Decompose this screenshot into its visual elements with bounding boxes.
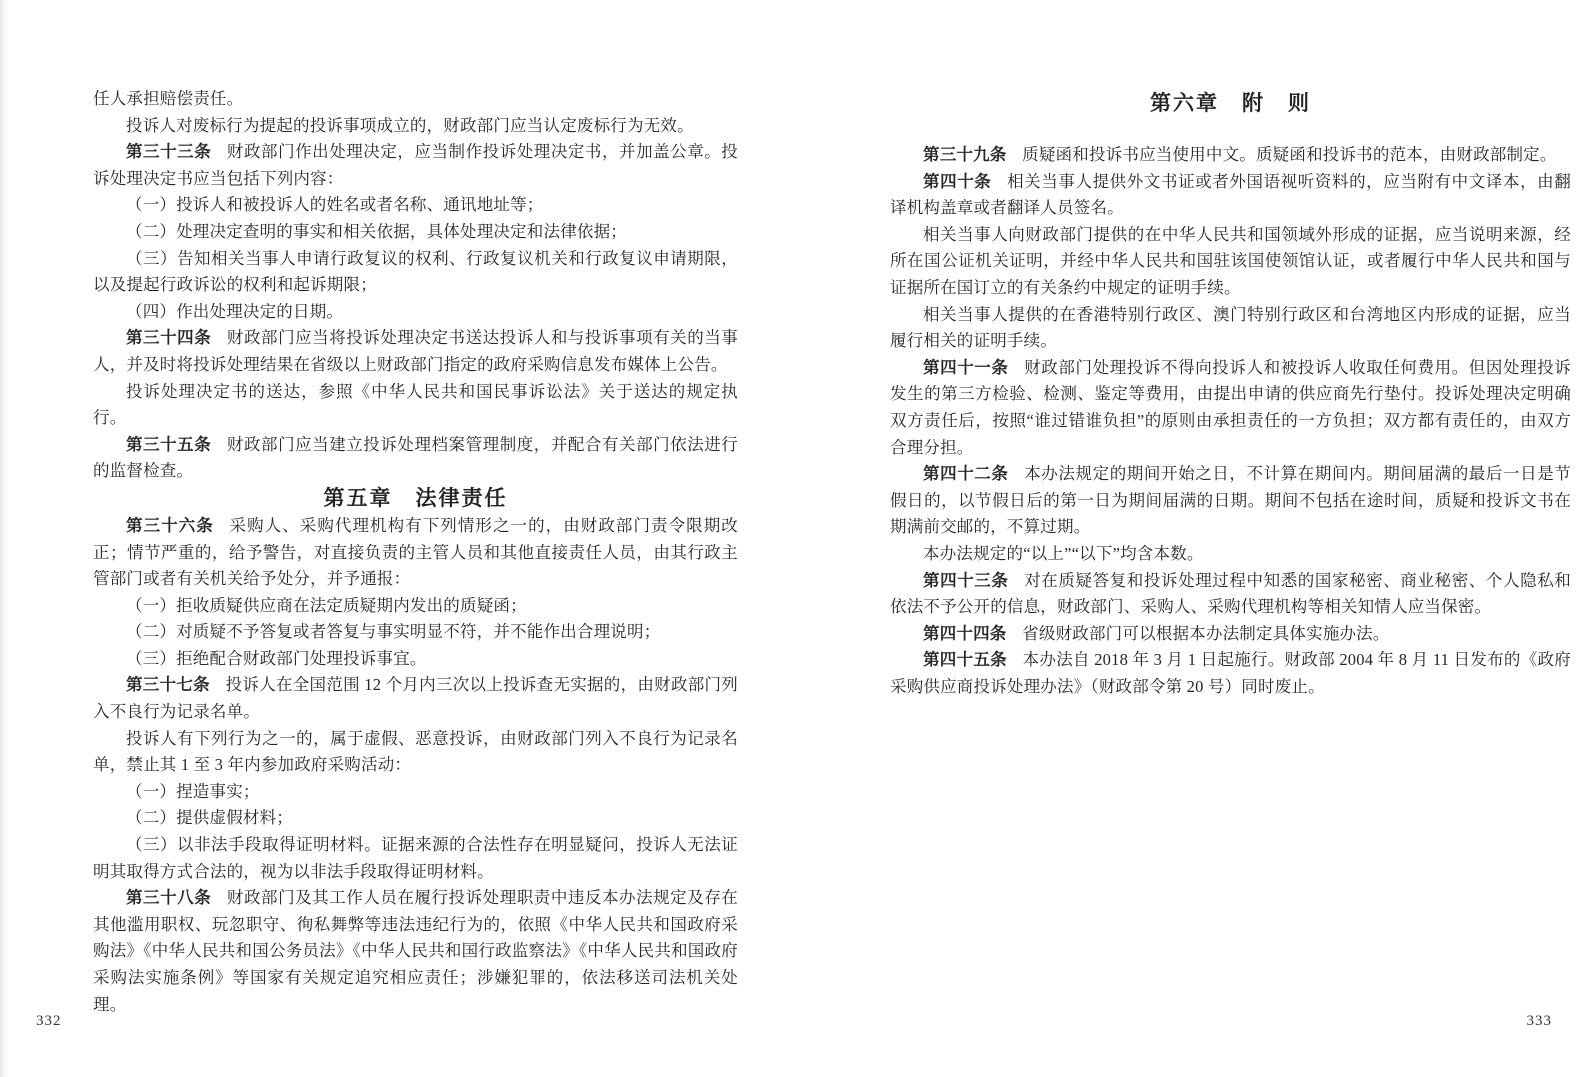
article-number: 第四十五条 <box>923 650 1007 669</box>
article-number: 第四十四条 <box>923 624 1007 643</box>
body-paragraph: （二）处理决定查明的事实和相关依据，具体处理决定和法律依据； <box>93 219 738 246</box>
scan-edge-shading <box>0 0 8 1077</box>
left-page-number: 332 <box>36 1013 62 1030</box>
book-spread: 任人承担赔偿责任。投诉人对废标行为提起的投诉事项成立的，财政部门应当认定废标行为… <box>0 0 1587 1077</box>
body-paragraph: 本办法规定的“以上”“以下”均含本数。 <box>890 541 1571 568</box>
article-number: 第三十四条 <box>126 328 211 347</box>
body-paragraph: 相关当事人向财政部门提供的在中华人民共和国领域外形成的证据，应当说明来源，经所在… <box>890 222 1571 302</box>
body-paragraph: （一）捏造事实； <box>93 779 738 806</box>
article-paragraph: 第三十九条质疑函和投诉书应当使用中文。质疑函和投诉书的范本，由财政部制定。 <box>890 142 1571 169</box>
article-number: 第四十一条 <box>923 358 1009 377</box>
article-paragraph: 第四十四条省级财政部门可以根据本办法制定具体实施办法。 <box>890 621 1571 648</box>
body-paragraph: （一）拒收质疑供应商在法定质疑期内发出的质疑函； <box>93 593 738 620</box>
body-paragraph: （三）拒绝配合财政部门处理投诉事宜。 <box>93 646 738 673</box>
article-paragraph: 第三十八条财政部门及其工作人员在履行投诉处理职责中违反本办法规定及存在其他滥用职… <box>93 885 738 1018</box>
chapter-heading: 第六章 附 则 <box>890 90 1571 118</box>
article-paragraph: 第四十五条本办法自 2018 年 3 月 1 日起施行。财政部 2004 年 8… <box>890 647 1571 700</box>
right-page-number: 333 <box>1468 1013 1552 1030</box>
article-text: 省级财政部门可以根据本办法制定具体实施办法。 <box>1022 624 1389 643</box>
article-text: 财政部门及其工作人员在履行投诉处理职责中违反本办法规定及存在其他滥用职权、玩忽职… <box>93 888 738 1013</box>
article-paragraph: 第三十四条财政部门应当将投诉处理决定书送达投诉人和与投诉事项有关的当事人，并及时… <box>93 325 738 378</box>
body-paragraph: （二）对质疑不予答复或者答复与事实明显不符，并不能作出合理说明； <box>93 619 738 646</box>
article-paragraph: 第三十七条投诉人在全国范围 12 个月内三次以上投诉查无实据的，由财政部门列入不… <box>93 672 738 725</box>
body-paragraph: 相关当事人提供的在香港特别行政区、澳门特别行政区和台湾地区内形成的证据，应当履行… <box>890 302 1571 355</box>
article-number: 第四十三条 <box>923 571 1009 590</box>
article-text: 质疑函和投诉书应当使用中文。质疑函和投诉书的范本，由财政部制定。 <box>1022 145 1556 164</box>
right-page: 第六章 附 则第三十九条质疑函和投诉书应当使用中文。质疑函和投诉书的范本，由财政… <box>890 86 1571 700</box>
body-paragraph: 投诉人对废标行为提起的投诉事项成立的，财政部门应当认定废标行为无效。 <box>93 113 738 140</box>
article-number: 第三十八条 <box>126 888 211 907</box>
article-number: 第三十六条 <box>126 516 214 535</box>
article-number: 第三十九条 <box>923 145 1007 164</box>
article-paragraph: 第四十三条对在质疑答复和投诉处理过程中知悉的国家秘密、商业秘密、个人隐私和依法不… <box>890 568 1571 621</box>
body-paragraph: 投诉处理决定书的送达，参照《中华人民共和国民事诉讼法》关于送达的规定执行。 <box>93 379 738 432</box>
article-paragraph: 第三十三条财政部门作出处理决定，应当制作投诉处理决定书，并加盖公章。投诉处理决定… <box>93 139 738 192</box>
article-paragraph: 第三十六条采购人、采购代理机构有下列情形之一的，由财政部门责令限期改正；情节严重… <box>93 513 738 593</box>
article-paragraph: 第四十条相关当事人提供外文书证或者外国语视听资料的，应当附有中文译本，由翻译机构… <box>890 169 1571 222</box>
body-paragraph: （四）作出处理决定的日期。 <box>93 299 738 326</box>
article-number: 第三十五条 <box>126 435 211 454</box>
article-number: 第三十三条 <box>126 142 211 161</box>
body-paragraph: （三）以非法手段取得证明材料。证据来源的合法性存在明显疑问，投诉人无法证明其取得… <box>93 832 738 885</box>
body-paragraph: （二）提供虚假材料； <box>93 805 738 832</box>
chapter-heading: 第五章 法律责任 <box>93 485 738 513</box>
article-paragraph: 第三十五条财政部门应当建立投诉处理档案管理制度，并配合有关部门依法进行的监督检查… <box>93 432 738 485</box>
article-number: 第三十七条 <box>126 675 210 694</box>
continuation-paragraph: 任人承担赔偿责任。 <box>93 86 738 113</box>
article-paragraph: 第四十一条财政部门处理投诉不得向投诉人和被投诉人收取任何费用。但因处理投诉发生的… <box>890 355 1571 461</box>
left-page: 任人承担赔偿责任。投诉人对废标行为提起的投诉事项成立的，财政部门应当认定废标行为… <box>93 86 738 1018</box>
article-text: 相关当事人提供外文书证或者外国语视听资料的，应当附有中文译本，由翻译机构盖章或者… <box>890 172 1571 218</box>
article-paragraph: 第四十二条本办法规定的期间开始之日，不计算在期间内。期间届满的最后一日是节假日的… <box>890 461 1571 541</box>
body-paragraph: （一）投诉人和被投诉人的姓名或者名称、通讯地址等； <box>93 192 738 219</box>
body-paragraph: （三）告知相关当事人申请行政复议的权利、行政复议机关和行政复议申请期限，以及提起… <box>93 246 738 299</box>
body-paragraph: 投诉人有下列行为之一的，属于虚假、恶意投诉，由财政部门列入不良行为记录名单，禁止… <box>93 726 738 779</box>
article-number: 第四十二条 <box>923 464 1009 483</box>
article-number: 第四十条 <box>923 172 991 191</box>
